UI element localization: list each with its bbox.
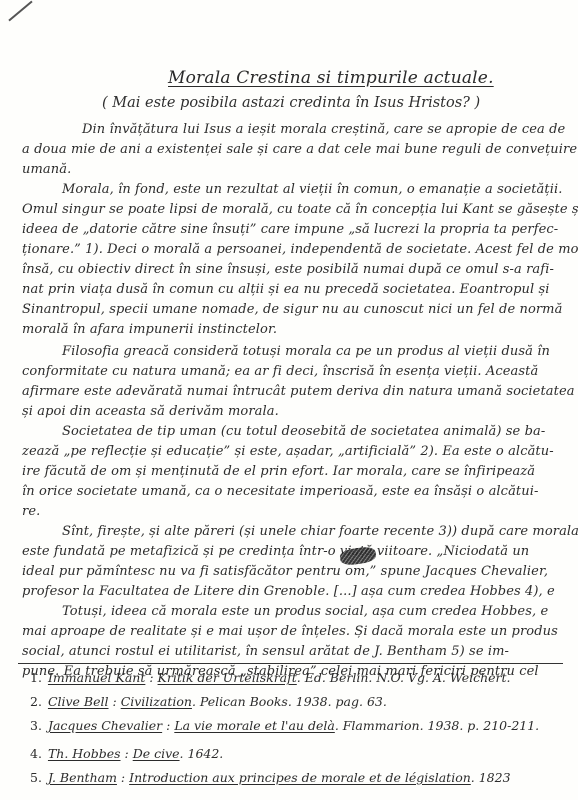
text-line: Societatea de tip uman (cu totul deosebi… (62, 422, 545, 442)
footnote-work: La vie morale et l'au delà (174, 718, 335, 733)
footnote-author: Jacques Chevalier (48, 718, 162, 733)
footnote-5: 5.J. Bentham : Introduction aux principe… (30, 770, 511, 785)
text-line: umană. (22, 160, 71, 180)
text-line: ideal pur pămîntesc nu va fi satisfăcăto… (22, 562, 548, 582)
footnote-2: 2.Clive Bell : Civilization. Pelican Boo… (30, 694, 387, 709)
text-line: a doua mie de ani a existenței sale și c… (22, 140, 577, 160)
footnote-number: 5. (30, 770, 42, 785)
corner-pen-stroke (8, 1, 32, 22)
text-line: Sinantropul, specii umane nomade, de sig… (22, 300, 562, 320)
text-line: este fundată pe metafizică și pe credinț… (22, 542, 529, 562)
footnote-details: . Pelican Books. 1938. pag. 63. (192, 694, 387, 709)
page-title: Morala Crestina si timpurile actuale. (168, 68, 494, 88)
text-line: nat prin viața dusă în comun cu alții și… (22, 280, 550, 300)
footnote-number: 1. (30, 670, 42, 685)
text-line: Omul singur se poate lipsi de morală, cu… (22, 200, 578, 220)
page-subtitle: ( Mai este posibila astazi credinta în I… (102, 95, 480, 111)
footnote-number: 4. (30, 746, 42, 761)
text-line: profesor la Facultatea de Litere din Gre… (22, 582, 555, 602)
footnote-number: 3. (30, 718, 42, 733)
manuscript-page: Morala Crestina si timpurile actuale. ( … (0, 0, 578, 800)
footnote-divider (18, 663, 563, 664)
text-line: Morala, în fond, este un rezultat al vie… (62, 180, 562, 200)
text-line: și apoi din aceasta să derivăm morala. (22, 402, 279, 422)
text-line: zează „pe reflecție și educație” și este… (22, 442, 554, 462)
text-line: ideea de „datorie către sine însuți” car… (22, 220, 558, 240)
text-line: conformitate cu natura umană; ea ar fi d… (22, 362, 538, 382)
footnote-4: 4.Th. Hobbes : De cive. 1642. (30, 746, 223, 761)
footnote-1: 1.Immanuel Kant : Kritik der Urteilskraf… (30, 670, 511, 685)
footnote-work: Introduction aux principes de morale et … (129, 770, 471, 785)
footnote-number: 2. (30, 694, 42, 709)
footnote-details: . Flammarion. 1938. p. 210-211. (335, 718, 539, 733)
footnote-details: . Ed. Berlin. N.O. Vg. A. Weichert. (297, 670, 511, 685)
text-line: ționare.” 1). Deci o morală a persoanei,… (22, 240, 578, 260)
footnote-author: J. Bentham (48, 770, 117, 785)
footnote-details: . 1823 (471, 770, 511, 785)
footnote-author: Th. Hobbes (48, 746, 121, 761)
footnote-details: . 1642. (180, 746, 224, 761)
text-line: ire făcută de om și menținută de el prin… (22, 462, 535, 482)
text-line: social, atunci rostul ei utilitarist, în… (22, 642, 509, 662)
text-line: mai aproape de realitate și e mai ușor d… (22, 622, 558, 642)
text-line: re. (22, 502, 40, 522)
text-line: însă, cu obiectiv direct în sine însuși,… (22, 260, 554, 280)
text-line: Din învățătura lui Isus a ieșit morala c… (82, 120, 565, 140)
footnote-work: Civilization (121, 694, 192, 709)
text-line: Filosofia greacă consideră totuși morala… (62, 342, 550, 362)
footnote-work: De cive (133, 746, 180, 761)
text-line: în orice societate umană, ca o necesitat… (22, 482, 538, 502)
text-line: Totuși, ideea că morala este un produs s… (62, 602, 548, 622)
text-line: morală în afara impunerii instinctelor. (22, 320, 277, 340)
footnote-work: Kritik der Urteilskraft (158, 670, 297, 685)
text-line: afirmare este adevărată numai întrucât p… (22, 382, 575, 402)
text-line: Sînt, firește, și alte păreri (și unele … (62, 522, 578, 542)
footnote-author: Immanuel Kant (48, 670, 145, 685)
footnote-author: Clive Bell (48, 694, 109, 709)
footnote-3: 3.Jacques Chevalier : La vie morale et l… (30, 718, 539, 733)
